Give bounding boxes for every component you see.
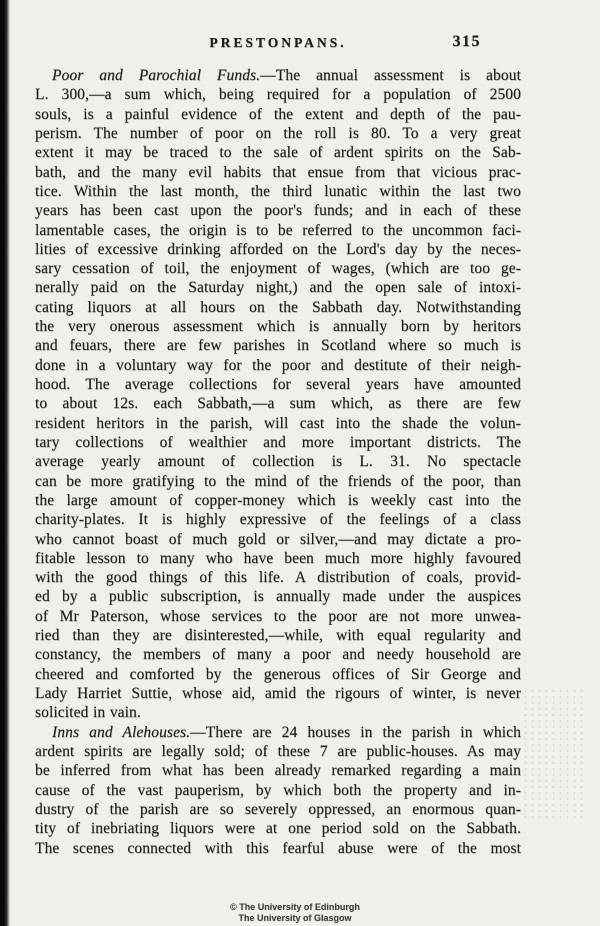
text-line: fitable lesson to many who have been muc…: [35, 549, 521, 568]
text-line: can be more gratifying to the mind of th…: [35, 472, 521, 491]
text-line: Inns and Alehouses.—There are 24 houses …: [35, 723, 521, 742]
text-line: souls, is a painful evidence of the exte…: [35, 105, 521, 124]
text-line: cheered and comforted by the generous of…: [35, 665, 521, 684]
text-line: of Mr Paterson, whose services to the po…: [35, 607, 521, 626]
text-line: tice. Within the last month, the third l…: [35, 182, 521, 201]
text-line: tary collections of wealthier and more i…: [35, 433, 521, 452]
text-line: average yearly amount of collection is L…: [35, 452, 521, 471]
running-title: PRESTONPANS.: [209, 35, 346, 51]
page-header: PRESTONPANS. 315: [35, 33, 521, 55]
text-line: cating liquors at all hours on the Sabba…: [35, 298, 521, 317]
text-line: bath, and the many evil habits that ensu…: [35, 163, 521, 182]
section-heading-italic: Poor and Parochial Funds.: [52, 67, 260, 84]
body-text: Poor and Parochial Funds.—The annual ass…: [35, 66, 521, 858]
text-line: Poor and Parochial Funds.—The annual ass…: [35, 66, 521, 85]
text-line: the large amount of copper-money which i…: [35, 491, 521, 510]
text-line: charity-plates. It is highly expressive …: [35, 510, 521, 529]
scan-gutter-shadow: [0, 0, 10, 926]
text-line: sary cessation of toil, the enjoyment of…: [35, 259, 521, 278]
text-line: the very onerous assessment which is ann…: [35, 317, 521, 336]
footer-line-1: © The University of Edinburgh: [0, 902, 590, 913]
text-run: —There are 24 houses in the parish in wh…: [190, 724, 521, 741]
section-heading-italic: Inns and Alehouses.: [52, 724, 190, 741]
text-line: years has been cast upon the poor's fund…: [35, 201, 521, 220]
scan-noise: [522, 688, 586, 818]
text-line: dustry of the parish are so severely opp…: [35, 800, 521, 819]
text-line: done in a voluntary way for the poor and…: [35, 356, 521, 375]
text-line: The scenes connected with this fearful a…: [35, 839, 521, 858]
library-stamp: © The University of Edinburgh The Univer…: [0, 902, 590, 924]
text-line: and feuars, there are few parishes in Sc…: [35, 336, 521, 355]
text-line: ardent spirits are legally sold; of thes…: [35, 742, 521, 761]
text-line: ried than they are disinterested,—while,…: [35, 626, 521, 645]
footer-line-2: The University of Glasgow: [0, 913, 590, 924]
text-line: to about 12s. each Sabbath,—a sum which,…: [35, 394, 521, 413]
text-line: with the good things of this life. A dis…: [35, 568, 521, 587]
page-number: 315: [453, 33, 482, 51]
text-line: Lady Harriet Suttie, whose aid, amid the…: [35, 684, 521, 703]
text-line: perism. The number of poor on the roll i…: [35, 124, 521, 143]
text-line: constancy, the members of many a poor an…: [35, 645, 521, 664]
text-line: hood. The average collections for severa…: [35, 375, 521, 394]
text-line: nerally paid on the Saturday night,) and…: [35, 278, 521, 297]
text-line: extent it may be traced to the sale of a…: [35, 143, 521, 162]
paragraph-poor-and-parochial-funds: Poor and Parochial Funds.—The annual ass…: [35, 66, 521, 723]
text-line: lities of excessive drinking afforded on…: [35, 240, 521, 259]
text-line: L. 300,—a sum which, being required for …: [35, 85, 521, 104]
text-run: —The annual assessment is about: [260, 67, 521, 84]
text-line: who cannot boast of much gold or silver,…: [35, 530, 521, 549]
text-line: be inferred from what has been already r…: [35, 761, 521, 780]
scanned-book-page: PRESTONPANS. 315 Poor and Parochial Fund…: [0, 0, 600, 926]
text-line: ed by a public subscription, is annually…: [35, 587, 521, 606]
text-line: cause of the vast pauperism, by which bo…: [35, 781, 521, 800]
text-line: lamentable cases, the origin is to be re…: [35, 221, 521, 240]
text-line: solicited in vain.: [35, 703, 521, 722]
text-line: resident heritors in the parish, will ca…: [35, 414, 521, 433]
paragraph-inns-and-alehouses: Inns and Alehouses.—There are 24 houses …: [35, 723, 521, 858]
text-line: tity of inebriating liquors were at one …: [35, 819, 521, 838]
